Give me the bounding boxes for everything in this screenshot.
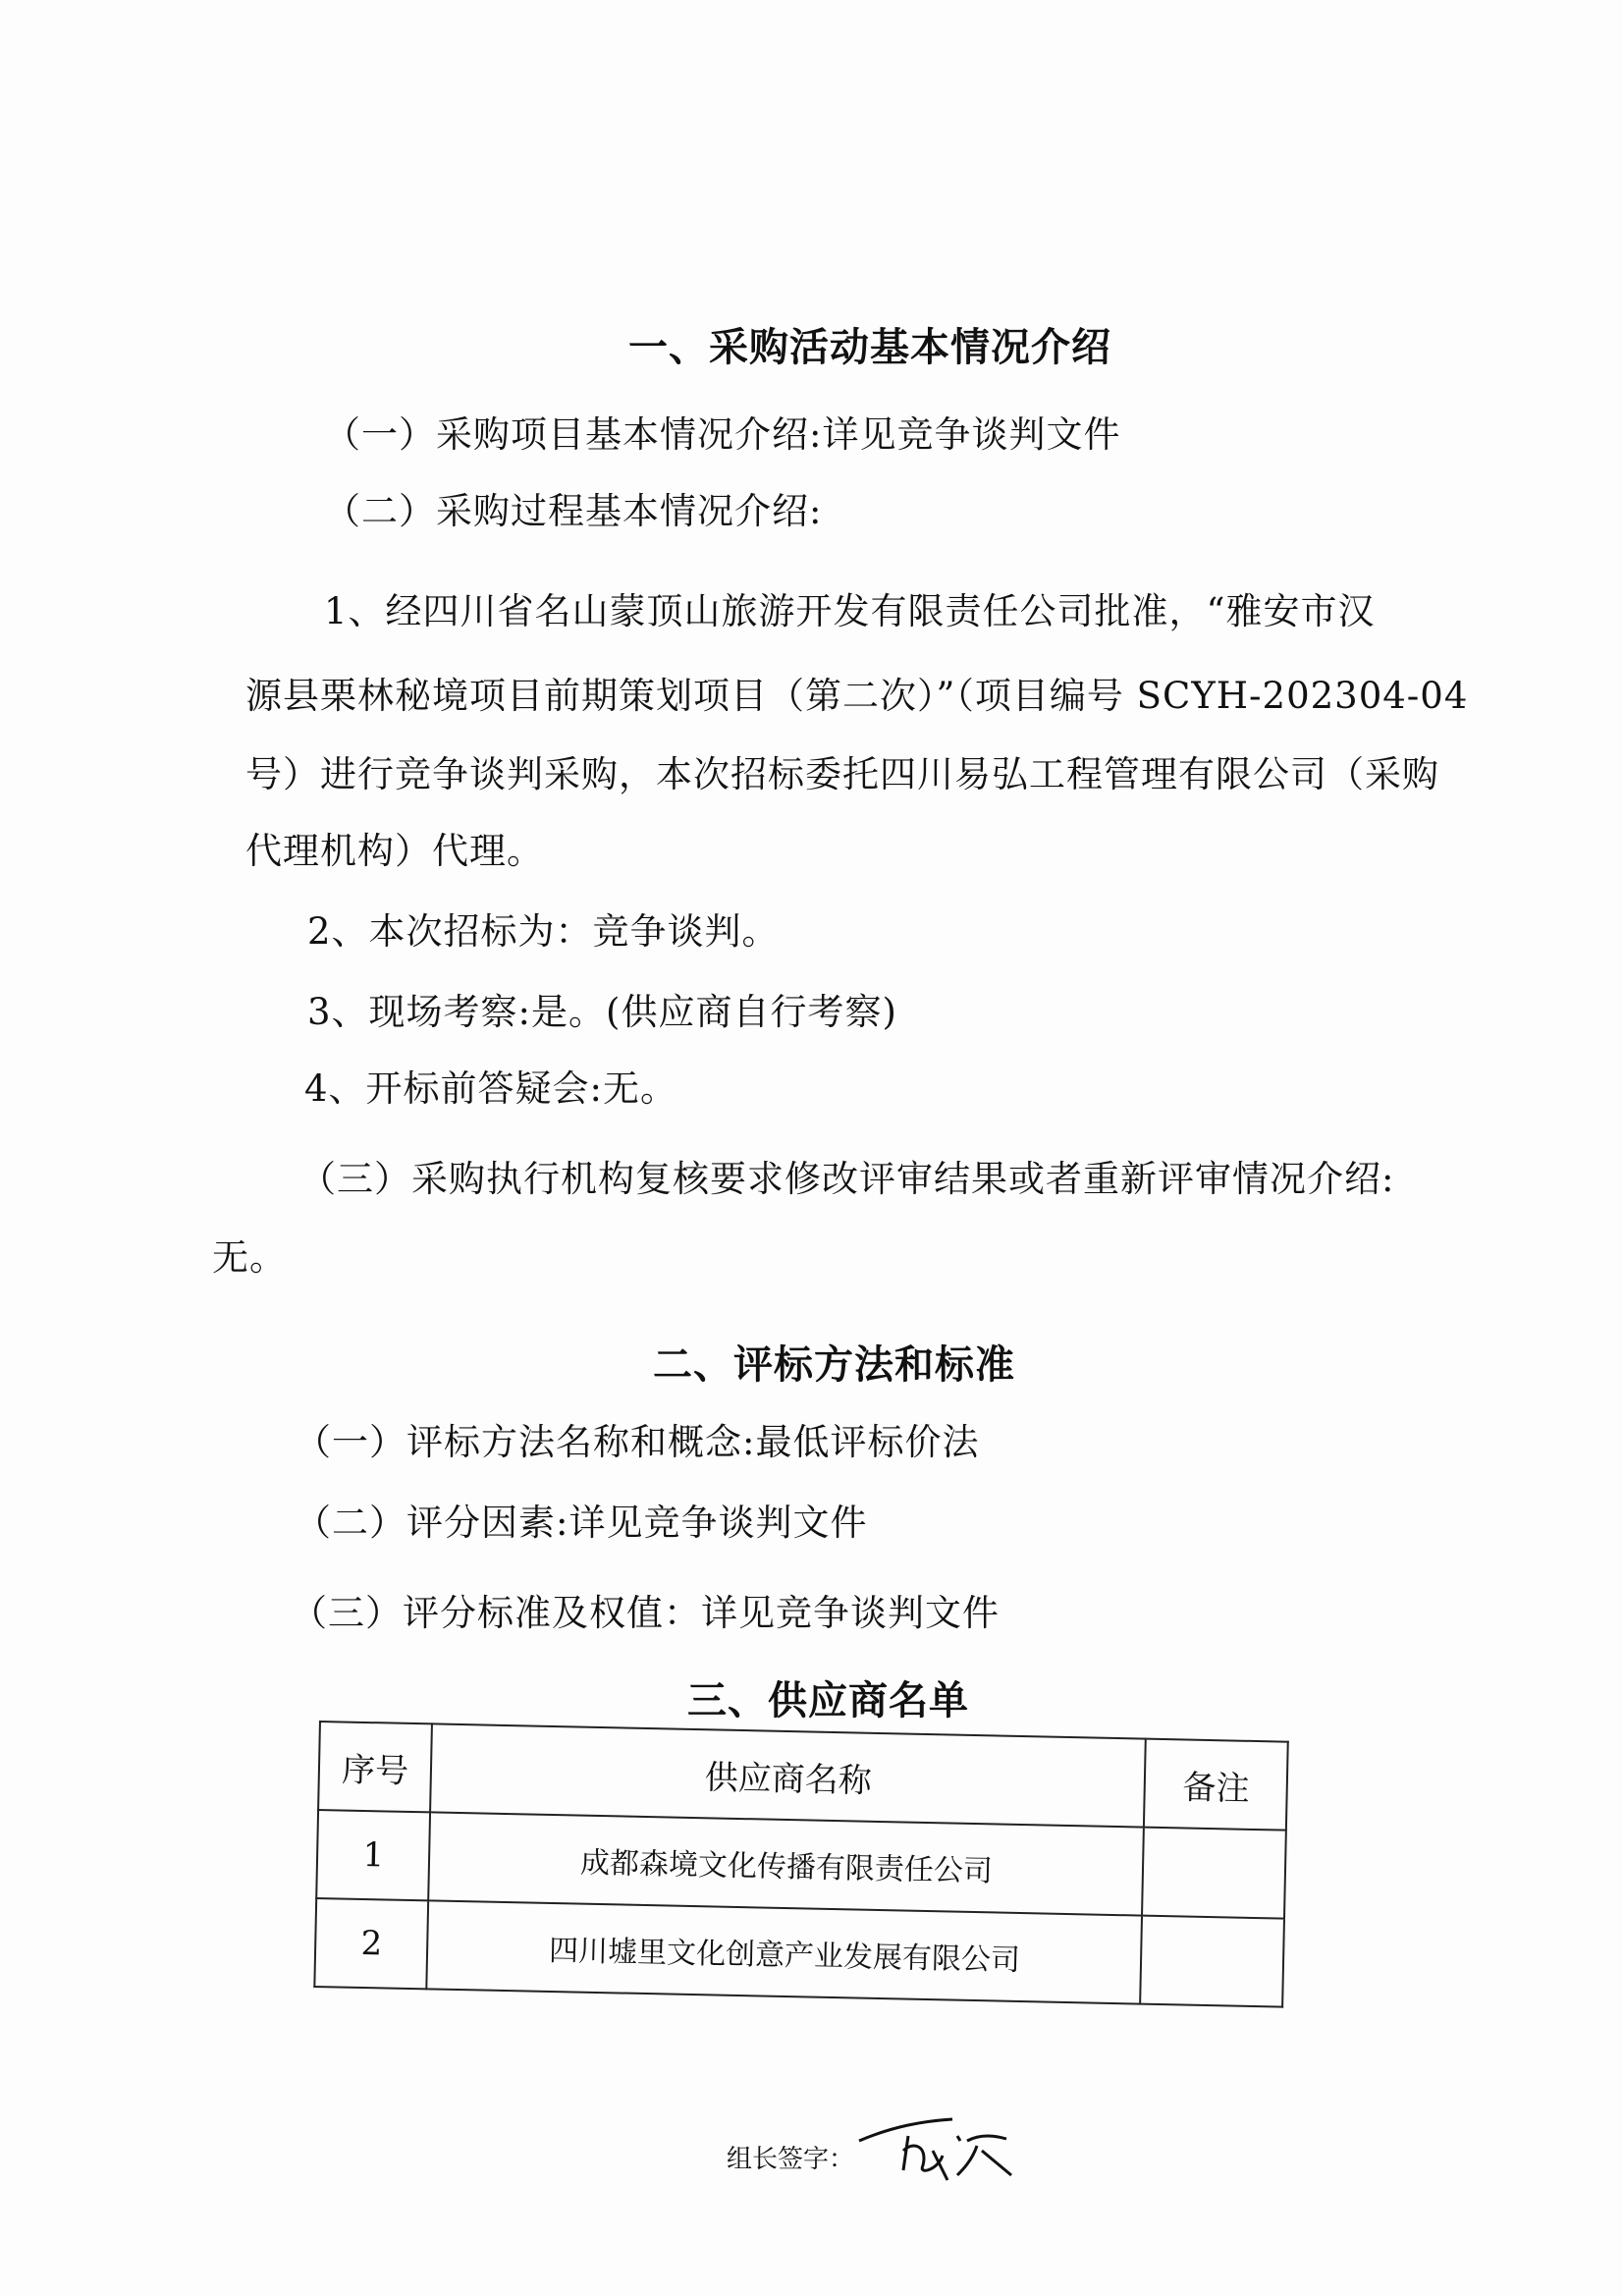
- row-note: [1141, 1916, 1284, 2007]
- section1-item3-line1: （三）采购执行机构复核要求修改评审结果或者重新评审情况介绍:: [299, 1149, 1394, 1202]
- row-supplier-name: 成都森境文化传播有限责任公司: [429, 1812, 1145, 1915]
- document-page: 一、采购活动基本情况介绍 （一）采购项目基本情况介绍:详见竞争谈判文件 （二）采…: [0, 0, 1623, 2296]
- section1-p1-line1: 1、经四川省名山蒙顶山旅游开发有限责任公司批准，“雅安市汉: [324, 581, 1375, 634]
- section2-item2: （二）评分因素:详见竞争谈判文件: [295, 1493, 867, 1546]
- section1-item3-line2: 无。: [212, 1228, 287, 1281]
- section1-item2: （二）采购过程基本情况介绍:: [324, 481, 822, 534]
- supplier-table: 序号 供应商名称 备注 1 成都森境文化传播有限责任公司 2 四川墟里文化创意产…: [313, 1721, 1288, 2008]
- section2-title: 二、评标方法和标准: [653, 1334, 1015, 1390]
- header-supplier-name: 供应商名称: [431, 1723, 1147, 1827]
- signature-label: 组长签字：: [727, 2139, 854, 2175]
- section1-p1-line3: 号）进行竞争谈判采购，本次招标委托四川易弘工程管理有限公司（采购: [245, 744, 1439, 797]
- section1-p1-line4: 代理机构）代理。: [245, 821, 544, 874]
- table-row: 2 四川墟里文化创意产业发展有限公司: [314, 1898, 1284, 2007]
- row-index: 1: [316, 1810, 430, 1900]
- section1-item1: （一）采购项目基本情况介绍:详见竞争谈判文件: [324, 405, 1120, 458]
- row-note: [1142, 1828, 1285, 1919]
- row-index: 2: [314, 1898, 428, 1989]
- section2-item3: （三）评分标准及权值：详见竞争谈判文件: [291, 1583, 1000, 1636]
- section2-item1: （一）评标方法名称和概念:最低评标价法: [295, 1412, 979, 1465]
- section1-title: 一、采购活动基本情况介绍: [628, 316, 1111, 372]
- section1-p1-line2: 源县栗林秘境项目前期策划项目（第二次）”（项目编号 SCYH-202304-04: [245, 666, 1468, 719]
- section1-p3: 3、现场考察:是。(供应商自行考察): [307, 982, 897, 1035]
- handwritten-signature-icon: [854, 2111, 1021, 2190]
- section1-p2: 2、本次招标为：竞争谈判。: [307, 902, 780, 955]
- section1-p4: 4、开标前答疑会:无。: [304, 1059, 677, 1112]
- row-supplier-name: 四川墟里文化创意产业发展有限公司: [427, 1900, 1143, 2003]
- header-note: 备注: [1144, 1739, 1287, 1831]
- header-index: 序号: [318, 1722, 432, 1812]
- section3-title: 三、供应商名单: [687, 1669, 969, 1725]
